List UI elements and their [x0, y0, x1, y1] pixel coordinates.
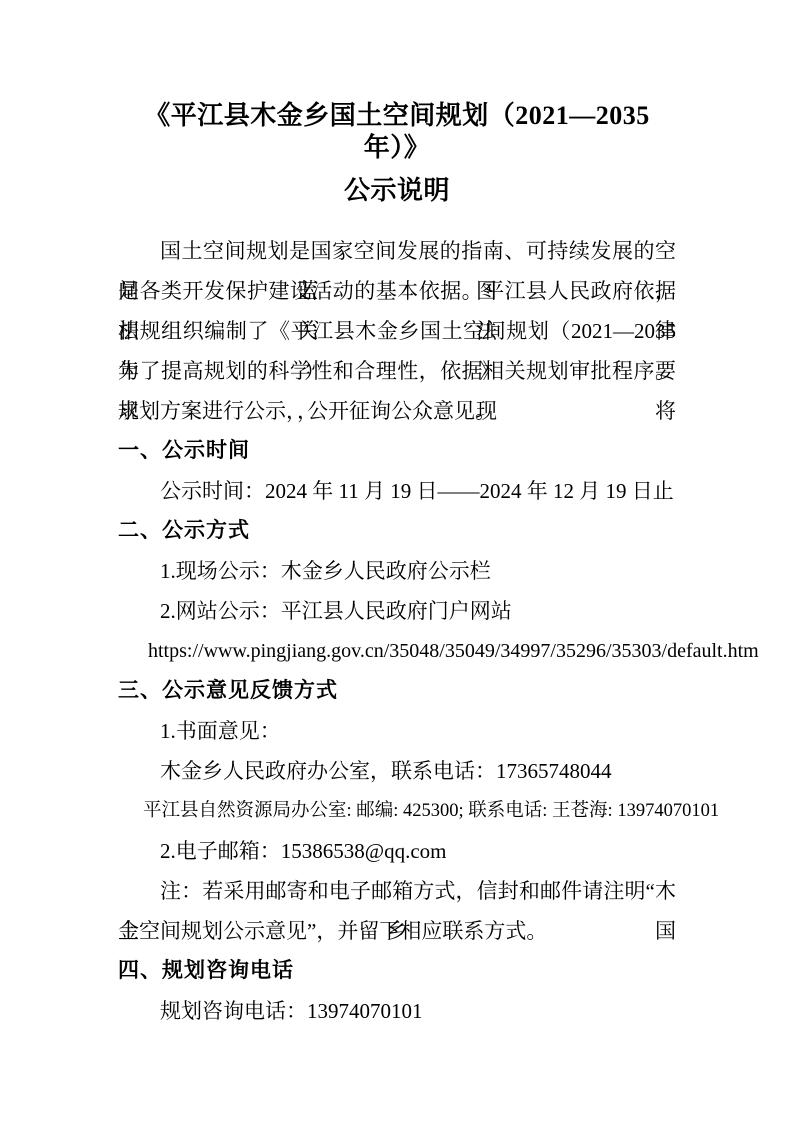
- onsite-publicity-line: 1.现场公示：木金乡人民政府公示栏: [118, 551, 676, 591]
- section-heading-consultation-phone: 四、规划咨询电话: [118, 951, 676, 991]
- notice-url: https://www.pingjiang.gov.cn/35048/35049…: [118, 631, 676, 671]
- page-title-line-2: 公示说明: [118, 175, 676, 207]
- township-office-contact-line: 木金乡人民政府办公室，联系电话：17365748044: [118, 751, 676, 791]
- consultation-phone-line: 规划咨询电话：13974070101: [118, 991, 676, 1031]
- document-page: 《平江县木金乡国土空间规划（2021—2035 年）》 公示说明 国土空间规划是…: [0, 0, 793, 1122]
- email-line: 2.电子邮箱：15386538@qq.com: [118, 831, 676, 871]
- document-body: 国土空间规划是国家空间发展的指南、可持续发展的空间蓝图， 是各类开发保护建设活动…: [118, 231, 676, 1031]
- section-heading-feedback-method: 三、公示意见反馈方式: [118, 671, 676, 711]
- publicity-time-line: 公示时间：2024 年 11 月 19 日——2024 年 12 月 19 日止: [118, 471, 676, 511]
- intro-line: 为了提高规划的科学性和合理性，依据相关规划审批程序要求，现将: [118, 351, 676, 391]
- section-heading-publicity-method: 二、公示方式: [118, 511, 676, 551]
- intro-line: 国土空间规划是国家空间发展的指南、可持续发展的空间蓝图，: [118, 231, 676, 271]
- note-line: 注：若采用邮寄和电子邮箱方式，信封和邮件请注明“木金乡国: [118, 871, 676, 911]
- intro-line: 是各类开发保护建设活动的基本依据。平江县人民政府依据相关法律: [118, 271, 676, 311]
- resources-bureau-contact-line: 平江县自然资源局办公室: 邮编: 425300; 联系电话: 王苍海: 1397…: [118, 791, 676, 831]
- intro-line: 法规组织编制了《平江县木金乡国土空间规划（2021—2035 年）》。: [118, 311, 676, 351]
- section-heading-publicity-time: 一、公示时间: [118, 431, 676, 471]
- written-opinion-label: 1.书面意见：: [118, 711, 676, 751]
- website-publicity-line: 2.网站公示：平江县人民政府门户网站: [118, 591, 676, 631]
- page-title-line-1: 《平江县木金乡国土空间规划（2021—2035 年）》: [118, 100, 676, 164]
